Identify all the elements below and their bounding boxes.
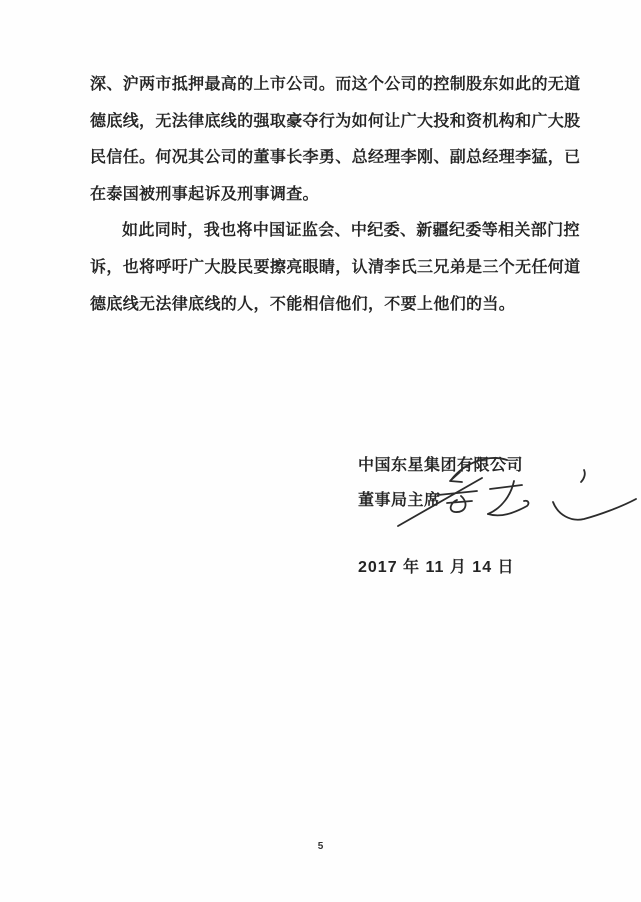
page-number: 5 (0, 841, 641, 852)
body-line: 在泰国被刑事起诉及刑事调查。 (90, 177, 584, 214)
body-line: 诉，也将呼吁广大股民要擦亮眼睛，认清李氏三兄弟是三个无任何道 (90, 250, 584, 287)
body-text: 深、沪两市抵押最高的上市公司。而这个公司的控制股东如此的无道 德底线，无法律底线… (90, 67, 584, 323)
body-line: 如此同时，我也将中国证监会、中纪委、新疆纪委等相关部门控 (90, 213, 584, 250)
body-line: 德底线无法律底线的人，不能相信他们，不要上他们的当。 (90, 287, 584, 324)
body-line: 深、沪两市抵押最高的上市公司。而这个公司的控制股东如此的无道 (90, 67, 584, 104)
document-page: 深、沪两市抵押最高的上市公司。而这个公司的控制股东如此的无道 德底线，无法律底线… (0, 0, 641, 902)
body-line: 德底线，无法律底线的强取豪夺行为如何让广大投和资机构和广大股 (90, 104, 584, 141)
handwritten-signature-icon (393, 453, 641, 541)
signature-date: 2017 年 11 月 14 日 (358, 554, 515, 577)
body-line: 民信任。何况其公司的董事长李勇、总经理李刚、副总经理李猛，已 (90, 140, 584, 177)
